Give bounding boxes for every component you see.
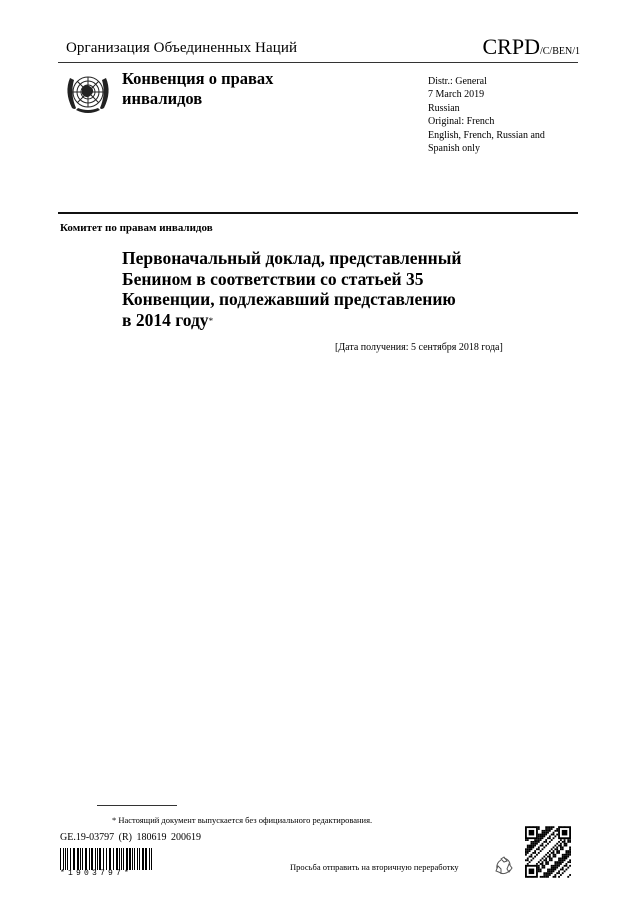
footnote-marker[interactable]: * (209, 316, 214, 326)
section-rule (58, 212, 578, 214)
recycle-icon (494, 856, 514, 876)
date-received: [Дата получения: 5 сентября 2018 года] (335, 342, 503, 353)
document-title: Первоначальный доклад, представленный Бе… (122, 248, 542, 331)
organization-name: Организация Объединенных Наций (66, 40, 297, 57)
title-line-4: в 2014 году (122, 310, 209, 330)
header-rule (58, 62, 578, 63)
committee-name: Комитет по правам инвалидов (60, 222, 213, 234)
distr-date: 7 March 2019 (428, 88, 545, 101)
title-line-3: Конвенции, подлежавший представлению (122, 289, 542, 310)
barcode-text: *1903797* (60, 869, 132, 878)
recycle-text: Просьба отправить на вторичную переработ… (290, 862, 459, 872)
title-line-2: Бенином в соответствии со статьей 35 (122, 269, 542, 290)
document-symbol: CRPD/C/BEN/1 (483, 34, 581, 60)
barcode-icon (60, 848, 152, 870)
footnote: * Настоящий документ выпускается без офи… (112, 815, 372, 825)
distr-languages: English, French, Russian and (428, 129, 545, 142)
footnote-rule (97, 805, 177, 806)
distr-language: Russian (428, 102, 545, 115)
convention-line-2: инвалидов (122, 89, 273, 109)
distribution-block: Distr.: General 7 March 2019 Russian Ori… (428, 75, 545, 155)
title-line-1: Первоначальный доклад, представленный (122, 248, 542, 269)
document-number: GE.19-03797 (R) 180619 200619 (60, 832, 201, 843)
distr-original: Original: French (428, 115, 545, 128)
qr-code-icon (525, 826, 571, 878)
convention-line-1: Конвенция о правах (122, 69, 273, 89)
distr-line: Distr.: General (428, 75, 545, 88)
symbol-main: CRPD (483, 34, 540, 59)
distr-languages-cont: Spanish only (428, 142, 545, 155)
un-emblem-icon (62, 68, 114, 116)
convention-title: Конвенция о правах инвалидов (122, 69, 273, 109)
symbol-suffix: /C/BEN/1 (540, 46, 580, 57)
